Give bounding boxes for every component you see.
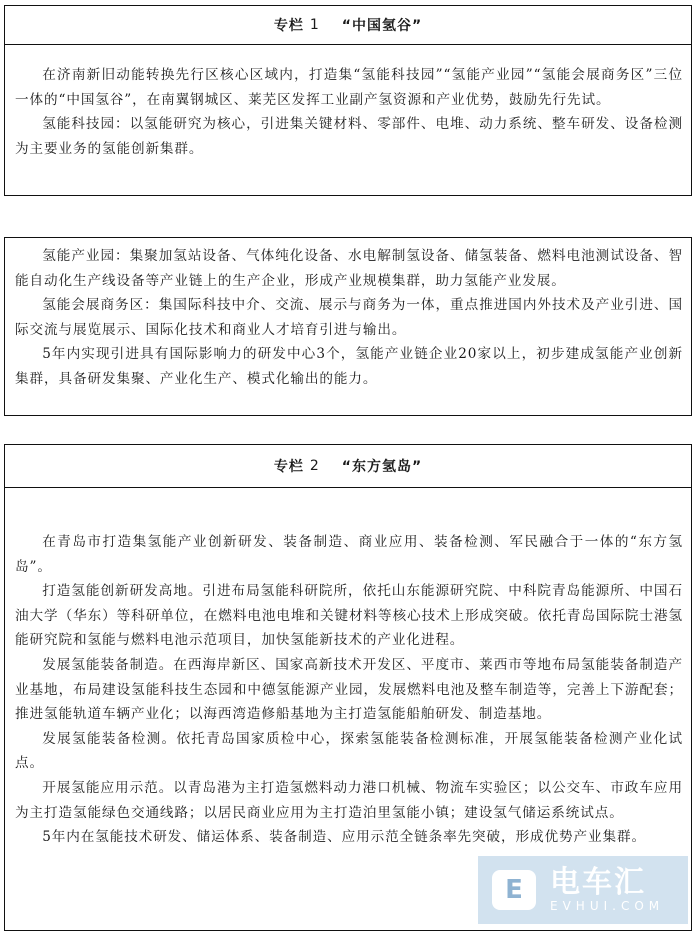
column-box-continued: 氢能产业园：集聚加氢站设备、气体纯化设备、水电解制氢设备、储氢装备、燃料电池测试… [4,237,692,416]
column-number: 2 [310,458,320,474]
paragraph: 5年内实现引进具有国际影响力的研发中心3个，氢能产业链企业20家以上，初步建成氢… [15,342,683,391]
paragraph: 在济南新旧动能转换先行区核心区域内，打造集“氢能科技园”“氢能产业园”“氢能会展… [15,63,683,112]
column-body-1: 在济南新旧动能转换先行区核心区域内，打造集“氢能科技园”“氢能产业园”“氢能会展… [5,45,691,161]
paragraph: 氢能产业园：集聚加氢站设备、气体纯化设备、水电解制氢设备、储氢装备、燃料电池测试… [15,244,683,293]
evhui-logo-icon: E [492,870,536,910]
column-title: “中国氢谷” [342,15,422,35]
paragraph: 发展氢能装备制造。在西海岸新区、国家高新技术开发区、平度市、莱西市等地布局氢能装… [15,653,683,727]
paragraph: 打造氢能创新研发高地。引进布局氢能科研院所，依托山东能源研究院、中科院青岛能源所… [15,579,683,653]
column-number: 1 [310,17,320,33]
watermark-name-cn: 电车汇 [550,867,664,899]
paragraph: 发展氢能装备检测。依托青岛国家质检中心，探索氢能装备检测标准，开展氢能装备检测产… [15,727,683,776]
column-body-2: 在青岛市打造集氢能产业创新研发、装备制造、商业应用、装备检测、军民融合于一体的“… [5,488,691,850]
paragraph: 氢能科技园：以氢能研究为核心，引进集关键材料、零部件、电堆、动力系统、整车研发、… [15,112,683,161]
column-body-continued: 氢能产业园：集聚加氢站设备、气体纯化设备、水电解制氢设备、储氢装备、燃料电池测试… [5,238,691,392]
column-header-2: 专栏 2 “东方氢岛” [5,445,691,488]
paragraph: 氢能会展商务区：集国际科技中介、交流、展示与商务为一体，重点推进国内外技术及产业… [15,293,683,342]
paragraph: 在青岛市打造集氢能产业创新研发、装备制造、商业应用、装备检测、军民融合于一体的“… [15,530,683,579]
paragraph: 开展氢能应用示范。以青岛港为主打造氢燃料动力港口机械、物流车实验区；以公交车、市… [15,776,683,825]
column-label: 专栏 [274,456,304,476]
column-box-1: 专栏 1 “中国氢谷” 在济南新旧动能转换先行区核心区域内，打造集“氢能科技园”… [4,5,692,196]
column-title: “东方氢岛” [342,456,422,476]
column-label: 专栏 [274,15,304,35]
column-header-1: 专栏 1 “中国氢谷” [5,6,691,45]
watermark-text: 电车汇 EVHUI.COM [550,867,664,913]
watermark: E 电车汇 EVHUI.COM [478,856,688,924]
paragraph: 5年内在氢能技术研发、储运体系、装备制造、应用示范全链条率先突破，形成优势产业集… [15,825,683,850]
watermark-name-en: EVHUI.COM [550,899,664,913]
